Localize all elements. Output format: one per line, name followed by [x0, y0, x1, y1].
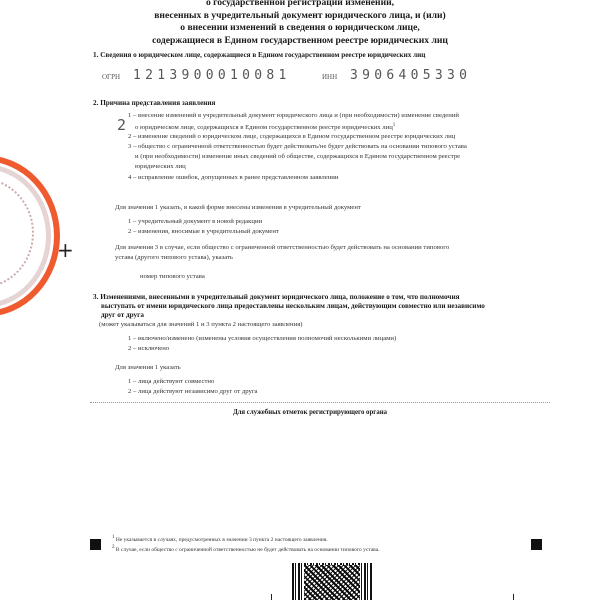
footnote-number: 1 — [112, 535, 115, 540]
section-3-title-cont: выступать от имени юридического лица пре… — [101, 302, 485, 310]
form-note: Для значения 1 указать, в какой форме вн… — [115, 203, 361, 212]
powers-option-2: 2 – исключено — [128, 344, 169, 353]
reason-option-1: 1 – внесение изменений в учредительный д… — [128, 111, 459, 120]
reason-option-1-cont-text: о юридическом лице, содержащихся в Едино… — [135, 124, 393, 131]
barcode — [292, 563, 372, 600]
section-3-title-cont2: друг от друга — [101, 311, 144, 319]
header-line: о государственной регистрации изменений, — [60, 0, 540, 10]
ogrn-label: ОГРН — [102, 73, 120, 81]
ogrn-value[interactable]: 1213900010081 — [133, 68, 291, 83]
reason-option-2: 2 – изменение сведений о юридическом лиц… — [128, 132, 455, 141]
charter-number-label: номер типового устава — [140, 272, 205, 281]
header-line: о внесении изменений в сведения о юридич… — [60, 22, 540, 35]
footnote-1-text: Не указывается в случаях, предусмотренны… — [116, 537, 328, 543]
value1-option-2: 2 – лица действуют независимо друг от др… — [128, 387, 258, 396]
section-2-title: 2. Причина представления заявления — [93, 99, 215, 107]
form-option-2: 2 – изменения, вносимые в учредительный … — [128, 227, 279, 236]
reason-option-4: 4 – исправление ошибок, допущенных в ран… — [128, 173, 338, 182]
alignment-marker-left — [90, 539, 101, 550]
alignment-marker-right — [531, 539, 542, 550]
footnote-2-text: В случае, если общество с ограниченной о… — [116, 547, 380, 553]
inn-value[interactable]: 3906405330 — [350, 68, 471, 83]
reason-option-3: 3 – общество с ограниченной ответственно… — [128, 142, 467, 151]
reason-option-3-cont2: юридических лиц — [135, 162, 186, 171]
footnote-ref-1: 1 — [393, 123, 396, 128]
section-3-subnote: (может указываться для значений 1 и 3 пу… — [99, 320, 303, 329]
charter-note: Для значения 3 в случае, если общество с… — [115, 243, 449, 252]
tick-mark — [271, 594, 272, 600]
value1-note: Для значения 1 указать — [115, 363, 181, 372]
powers-option-1: 1 – включено/изменено (изменены условия … — [128, 334, 396, 343]
divider — [90, 402, 550, 403]
reason-option-3-cont: и (при необходимости) изменение иных све… — [135, 152, 460, 161]
header-line: внесенных в учредительный документ юриди… — [60, 10, 540, 23]
header-line: содержащиеся в Едином государственном ре… — [60, 35, 540, 48]
barcode-data — [304, 565, 360, 600]
document-header: о государственной регистрации изменений,… — [60, 0, 540, 47]
reason-option-1-cont: о юридическом лице, содержащихся в Едино… — [135, 121, 395, 132]
charter-note-cont: устава (другого типового устава), указат… — [115, 253, 233, 262]
value1-option-1: 1 – лица действуют совместно — [128, 377, 214, 386]
section-3-title: 3. Изменениями, внесенными в учредительн… — [93, 293, 543, 301]
tick-mark — [513, 594, 514, 600]
footnote-2: 2 В случае, если общество с ограниченной… — [112, 543, 380, 555]
service-marks-label: Для служебных отметок регистрирующего ор… — [0, 409, 600, 416]
inn-label: ИНН — [322, 73, 337, 81]
section-1-title: 1. Сведения о юридическом лице, содержащ… — [93, 51, 425, 59]
form-option-1: 1 – учредительный документ в новой редак… — [128, 217, 262, 226]
registration-cross-mark: + — [57, 240, 74, 260]
footnote-number: 2 — [112, 545, 115, 550]
